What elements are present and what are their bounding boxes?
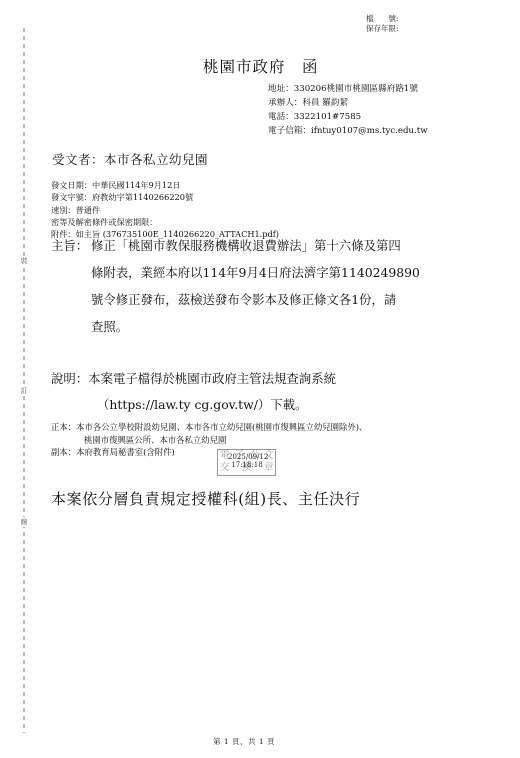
retention-period-label: 保存年限: <box>366 24 399 34</box>
explanation-line: （https://law.ty cg.gov.tw/）下載。 <box>51 392 336 418</box>
copy-recipients-label: 副本： <box>51 447 76 457</box>
delegation-statement: 本案依分層負責規定授權科(組)長、主任決行 <box>51 488 360 509</box>
binding-dotted-line <box>23 28 25 733</box>
explanation-line: 本案電子檔得於桃園市政府主管法規查詢系統 <box>88 371 336 386</box>
explanation-section: 說明：本案電子檔得於桃園市政府主管法規查詢系統 （https://law.ty … <box>51 366 336 418</box>
email: 電子信箱：ifntuy0107@ms.tyc.edu.tw <box>268 124 428 138</box>
subject-line: 修正「桃園市教保服務機構收退費辦法」第十六條及第四 <box>91 238 401 253</box>
document-title: 桃園市政府 函 <box>203 55 319 77</box>
subject-line: 條附表，業經本府以114年9月4日府法濟字第1140249890 <box>51 259 420 286</box>
binding-mark-xian: 線 <box>19 517 29 527</box>
subject-line: 號令修正發布，茲檢送發布令影本及修正條文各1份，請 <box>51 286 420 313</box>
archive-info: 檔 號: 保存年限: <box>366 14 399 34</box>
page-indicator: 第 1 頁，共 1 頁 <box>213 736 275 747</box>
subject-line: 查照。 <box>51 313 420 340</box>
file-number-label: 檔 號: <box>366 14 399 24</box>
original-recipients-line: 本市各公立學校附設幼兒園、本市各市立幼兒園(桃園市復興區立幼兒園除外)、 <box>76 422 367 432</box>
distribution-section: 正本：本市各公立學校附設幼兒園、本市各市立幼兒園(桃園市復興區立幼兒園除外)、 … <box>51 421 367 459</box>
delivery-speed: 速別：普通件 <box>51 204 279 216</box>
copy-recipients: 本府教育局秘書室(含附件) <box>76 447 175 457</box>
stamp-time: 17:18:18 <box>228 462 266 470</box>
phone: 電話：3322101#7585 <box>268 110 428 124</box>
binding-mark-ding: 訂 <box>19 386 29 396</box>
subject-section: 主旨：修正「桃園市教保服務機構收退費辦法」第十六條及第四 條附表，業經本府以11… <box>51 232 420 340</box>
contact-person: 承辦人：科員 羅韵絜 <box>268 96 428 110</box>
issue-date: 發文日期：中華民國114年9月12日 <box>51 179 279 191</box>
original-recipients-label: 正本： <box>51 422 76 432</box>
recipient: 受文者：本市各私立幼兒園 <box>52 150 208 168</box>
electronic-exchange-stamp: 電 子 公 文 交 換 章 2025/09/12 17:18:18 <box>217 449 276 476</box>
explanation-label: 說明： <box>51 371 88 386</box>
binding-mark-zhuang: 裝 <box>19 256 29 266</box>
document-number: 發文字號：府教幼字第1140266220號 <box>51 191 279 203</box>
stamp-timestamp: 2025/09/12 17:18:18 <box>228 454 266 469</box>
address: 地址：330206桃園市桃園區縣府路1號 <box>268 82 428 96</box>
contact-block: 地址：330206桃園市桃園區縣府路1號 承辦人：科員 羅韵絜 電話：33221… <box>268 82 428 138</box>
subject-label: 主旨： <box>51 232 91 259</box>
classification: 密等及解密條件或保密期限： <box>51 216 279 228</box>
original-recipients-line: 桃園市復興區公所、本市各私立幼兒園 <box>51 434 367 447</box>
